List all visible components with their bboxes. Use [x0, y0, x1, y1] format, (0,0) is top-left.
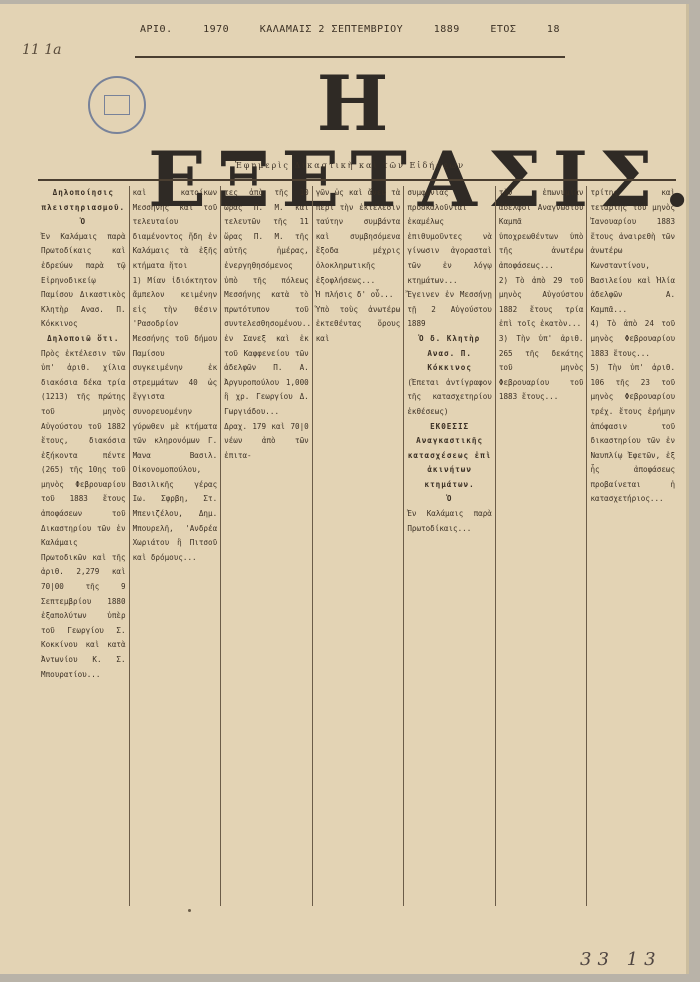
paragraph: 1) Μίαν ἰδιόκτητον ἄμπελον κειμένην εἰς … [133, 274, 218, 566]
paragraph: Ὁ [407, 492, 492, 507]
paragraph: Δηλοποιῶ ὅτι. [41, 332, 126, 347]
article-heading: Δηλοποίησις πλειστηριασμοῦ. [41, 186, 126, 215]
paragraph: Ἐν Καλάμαις παρὰ Πρωτοδίκαις... [407, 507, 492, 536]
paragraph: συμφωνίας προσκαλοῦνται ἐκαμέλως ἐπιθυμο… [407, 186, 492, 288]
volume-label: ΕΤΟΣ [490, 24, 516, 35]
column-6: τὴν ἐπωνυμίαν ἀδελφοὶ Αναγνώστου Καμπᾶ ὑ… [496, 186, 588, 906]
masthead-info-line: ΑΡΙΘ. 1970 ΚΑΛΑΜΑΙΣ 2 ΣΕΠΤΕΜΒΡΙΟΥ 1889 Ε… [140, 24, 560, 35]
paragraph: τὴν ἐπωνυμίαν ἀδελφοὶ Αναγνώστου Καμπᾶ ὑ… [499, 186, 584, 274]
paragraph: τρίτης καὶ τετάρτης τοῦ μηνὸς Ἰανουαρίου… [590, 186, 675, 317]
place-date: ΚΑΛΑΜΑΙΣ 2 ΣΕΠΤΕΜΒΡΙΟΥ [260, 24, 403, 35]
paragraph: (Ἐπεται ἀντίγραφον τῆς κατασχετηρίου ἐκθ… [407, 376, 492, 420]
handwritten-note: 11 1a [22, 42, 62, 58]
top-rule [135, 56, 565, 58]
paragraph: 3) Τὴν ὑπ' ἀριθ. 265 τῆς δεκάτης τοῦ μην… [499, 332, 584, 405]
paragraph: 4) Τὸ ἀπὸ 24 τοῦ μηνὸς Φεβρουαρίου 1883 … [590, 317, 675, 361]
paragraph: Αναγκαστικῆς κατασχέσεως ἐπὶ ἀκινήτων κτ… [407, 434, 492, 492]
paragraph: Δραχ. 179 καὶ 70|0 νέων ἀπὸ τῶν ἐπιτα- [224, 420, 309, 464]
paragraph: Ὁ [41, 215, 126, 230]
paragraph: Ἔγεινεν ἐν Μεσσήνῃ τῇ 2 Αὐγούστου 1889 [407, 288, 492, 332]
column-3: τες ἀπὸ τῆς 10 ὥρας Π. Μ. καὶ τελευτῶν τ… [221, 186, 313, 906]
paragraph: Ἡ πλήσις δ' οὗ... [316, 288, 401, 303]
signature: Ὁ δ. Κλητὴρ Ανασ. Π. Κόκκινος [407, 332, 492, 376]
book-icon [104, 95, 130, 115]
paragraph: 5) Τὴν ὑπ' ἀριθ. 106 τῆς 23 τοῦ μηνὸς Φε… [590, 361, 675, 507]
volume-number: 18 [547, 24, 560, 35]
column-1: Δηλοποίησις πλειστηριασμοῦ. Ὁ Ἐν Καλάμαι… [38, 186, 130, 906]
paragraph: 2) Τὸ ἀπὸ 29 τοῦ μηνὸς Αὐγούστου 1882 ἔτ… [499, 274, 584, 332]
column-5: συμφωνίας προσκαλοῦνται ἐκαμέλως ἐπιθυμο… [404, 186, 496, 906]
column-2: καὶ κατοίκων Μεσσήνης καὶ τοῦ τελευταίου… [130, 186, 222, 906]
paragraph: Ὑπὸ τοὺς ἀνωτέρω ἐκτεθέντας ὅρους καὶ [316, 303, 401, 347]
masthead-rule [38, 179, 676, 181]
paragraph: Πρὸς ἐκτέλεσιν τῶν ὑπ' ἀριθ. χίλια διακό… [41, 347, 126, 683]
ink-dot [188, 909, 191, 912]
year: 1889 [434, 24, 460, 35]
pencil-note: 33 13 [580, 949, 662, 970]
paragraph: γῶν ὡς καὶ ἄνευ τὰ περὶ τὴν ἐκτέλεσιν τα… [316, 186, 401, 288]
newspaper-subtitle: Ἐφημερὶς Δικαστικὴ καὶ τῶν Εἰδήσεων [200, 161, 500, 170]
issue-number-label: ΑΡΙΘ. [140, 24, 173, 35]
issue-number: 1970 [203, 24, 229, 35]
section-heading: ΕΚΘΕΣΙΣ [407, 420, 492, 435]
article-columns: Δηλοποίησις πλειστηριασμοῦ. Ὁ Ἐν Καλάμαι… [38, 186, 678, 906]
paragraph: καὶ κατοίκων Μεσσήνης καὶ τοῦ τελευταίου… [133, 186, 218, 274]
newspaper-page: ΑΡΙΘ. 1970 ΚΑΛΑΜΑΙΣ 2 ΣΕΠΤΕΜΒΡΙΟΥ 1889 Ε… [0, 4, 689, 974]
paragraph: Ἐν Καλάμαις παρὰ Πρωτοδίκαις καὶ ἐδρεύων… [41, 230, 126, 332]
column-4: γῶν ὡς καὶ ἄνευ τὰ περὶ τὴν ἐκτέλεσιν τα… [313, 186, 405, 906]
library-stamp-icon [88, 76, 146, 134]
column-7: τρίτης καὶ τετάρτης τοῦ μηνὸς Ἰανουαρίου… [587, 186, 678, 906]
paragraph: ἐν Σανεξ καὶ ἐκ τοῦ Καφφενείου τῶν ἀδελφ… [224, 332, 309, 420]
paragraph: τες ἀπὸ τῆς 10 ὥρας Π. Μ. καὶ τελευτῶν τ… [224, 186, 309, 332]
